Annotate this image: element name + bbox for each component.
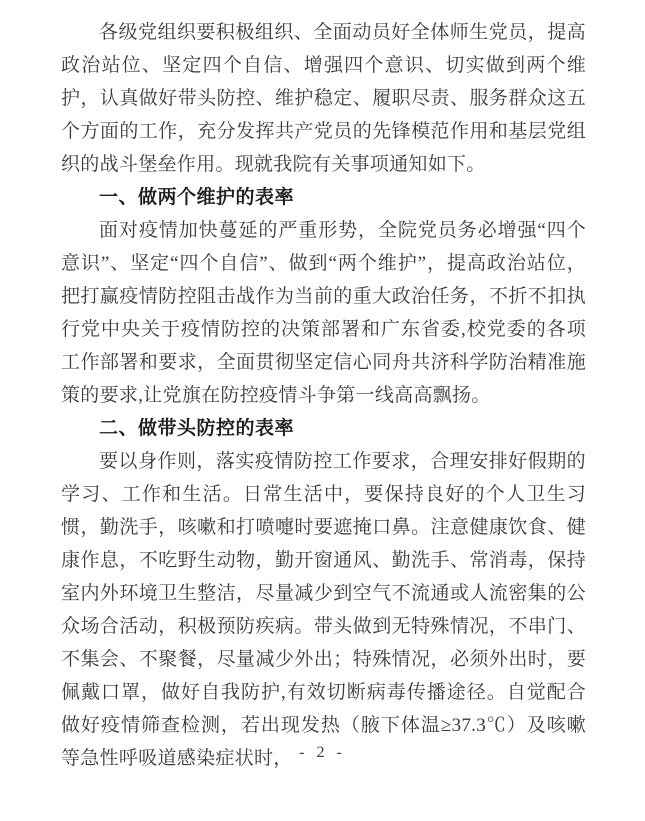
paragraph-intro: 各级党组织要积极组织、全面动员好全体师生党员，提高政治站位、坚定四个自信、增强四… xyxy=(61,16,586,181)
paragraph-section-2: 要以身作则，落实疫情防控工作要求，合理安排好假期的学习、工作和生活。日常生活中，… xyxy=(61,445,586,775)
document-body: 各级党组织要积极组织、全面动员好全体师生党员，提高政治站位、坚定四个自信、增强四… xyxy=(61,16,586,775)
section-heading-1: 一、做两个维护的表率 xyxy=(61,181,586,214)
paragraph-section-1: 面对疫情加快蔓延的严重形势，全院党员务必增强“四个意识”、坚定“四个自信”、做到… xyxy=(61,214,586,412)
document-page: 各级党组织要积极组织、全面动员好全体师生党员，提高政治站位、坚定四个自信、增强四… xyxy=(0,0,645,821)
page-number: - 2 - xyxy=(0,744,645,762)
section-heading-2: 二、做带头防控的表率 xyxy=(61,412,586,445)
